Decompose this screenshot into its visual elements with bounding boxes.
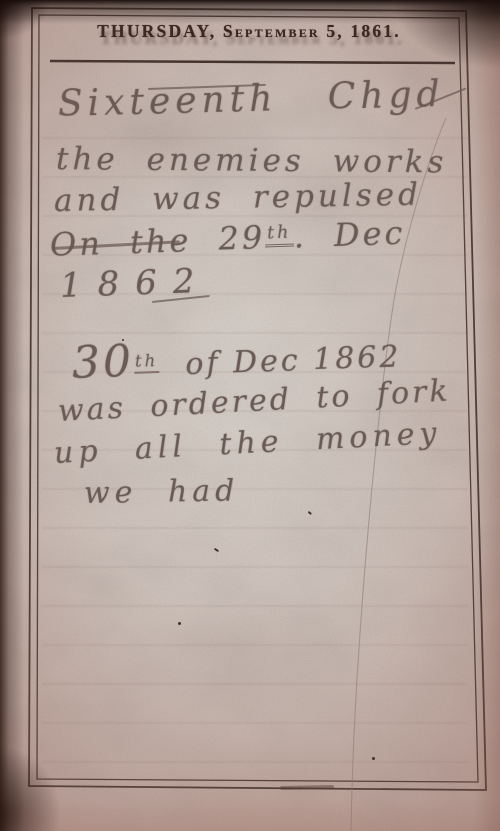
paper-speck <box>372 757 375 760</box>
superscript-th: th <box>134 351 160 374</box>
handwriting-line-9: we had <box>84 473 240 511</box>
paper-speck <box>122 339 124 341</box>
handwriting-line-3: and was repulsed <box>54 177 422 219</box>
handwriting-line-5: 1862 <box>59 261 211 306</box>
superscript-th: th <box>265 223 294 248</box>
header-ghost-impression: THURSDAY, September 5, 1861. <box>43 28 461 49</box>
diary-scan: { "document": { "kind": "handwritten dia… <box>0 0 500 831</box>
handwriting-line-2: the enemies works <box>56 141 448 180</box>
paper-speck <box>178 622 181 625</box>
printed-header: THURSDAY, September 5, 1861. THURSDAY, S… <box>40 21 458 42</box>
